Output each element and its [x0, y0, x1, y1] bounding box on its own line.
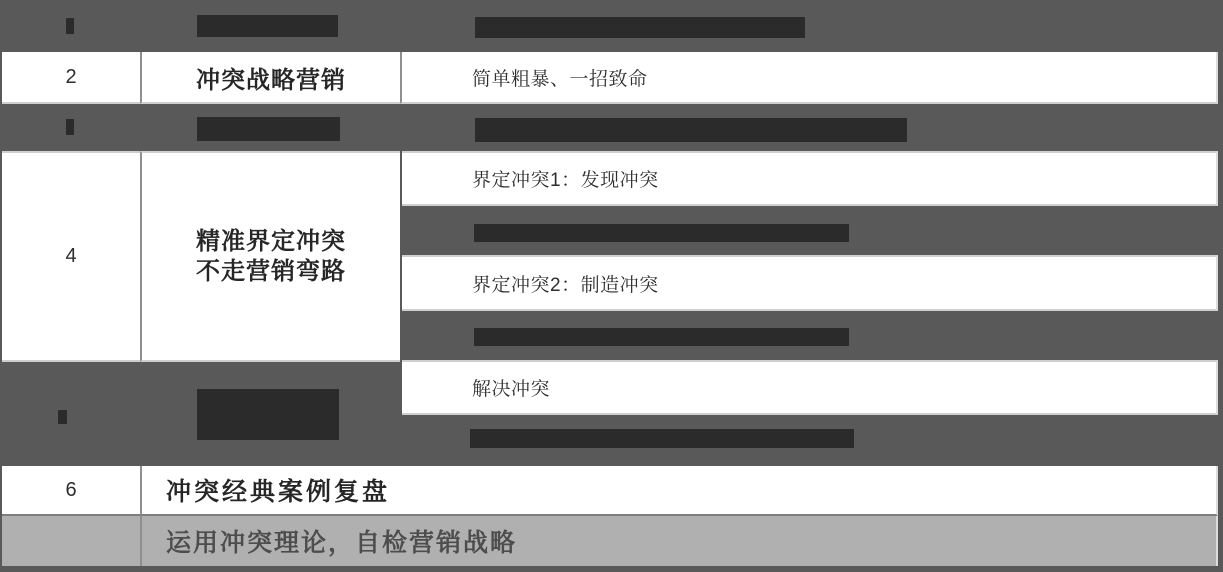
row7-empty-cell [2, 516, 140, 566]
row4-subrow-c-text: 界定冲突2：制造冲突 [402, 270, 659, 297]
redaction-bar-row4-sub-b [474, 224, 849, 242]
row4-title-cell: 精准界定冲突 不走营销弯路 [140, 151, 400, 362]
redaction-bar-row4-sub-d [474, 328, 849, 346]
row2-number-cell: 2 [2, 52, 140, 104]
row5-subrow-a-cell: 解决冲突 [402, 360, 1218, 415]
row4-title: 精准界定冲突 不走营销弯路 [196, 227, 346, 287]
redaction-bar-row1-title [197, 15, 338, 37]
redaction-bar-row5-sub-b [470, 429, 854, 448]
row6-number-cell: 6 [2, 466, 140, 516]
row4-title-line2: 不走营销弯路 [196, 257, 346, 287]
row4-subrow-a-cell: 界定冲突1：发现冲突 [402, 151, 1218, 206]
redaction-bar-row3-number [66, 119, 74, 135]
row6-number: 6 [65, 479, 76, 502]
row2-number: 2 [65, 66, 76, 89]
redaction-bar-row5-title [197, 389, 339, 440]
row7-title-cell: 运用冲突理论，自检营销战略 [140, 516, 1218, 566]
row4-number-cell: 4 [2, 151, 140, 362]
course-outline-table: 2 冲突战略营销 简单粗暴、一招致命 4 精准界定冲突 不走营销弯路 界定冲突1… [0, 0, 1223, 572]
redaction-bar-row1-desc [475, 17, 805, 38]
row2-title-cell: 冲突战略营销 [140, 52, 400, 104]
row4-subrow-a-text: 界定冲突1：发现冲突 [402, 165, 659, 192]
row4-subrow-c-cell: 界定冲突2：制造冲突 [402, 255, 1218, 311]
row5-subrow-a-text: 解决冲突 [402, 374, 550, 401]
redaction-bar-row3-title [197, 117, 340, 141]
row2-title: 冲突战略营销 [196, 60, 346, 95]
redaction-bar-row5-number [58, 410, 67, 424]
row2-desc: 简单粗暴、一招致命 [402, 64, 648, 91]
row2-desc-cell: 简单粗暴、一招致命 [400, 52, 1218, 104]
row6-title-cell: 冲突经典案例复盘 [140, 466, 1218, 516]
row6-title: 冲突经典案例复盘 [142, 472, 390, 508]
row4-title-line1: 精准界定冲突 [196, 227, 346, 257]
row4-number: 4 [65, 245, 76, 268]
redaction-bar-row3-desc [475, 118, 907, 142]
row7-title: 运用冲突理论，自检营销战略 [142, 523, 517, 559]
redaction-bar-row1-number [66, 18, 74, 34]
